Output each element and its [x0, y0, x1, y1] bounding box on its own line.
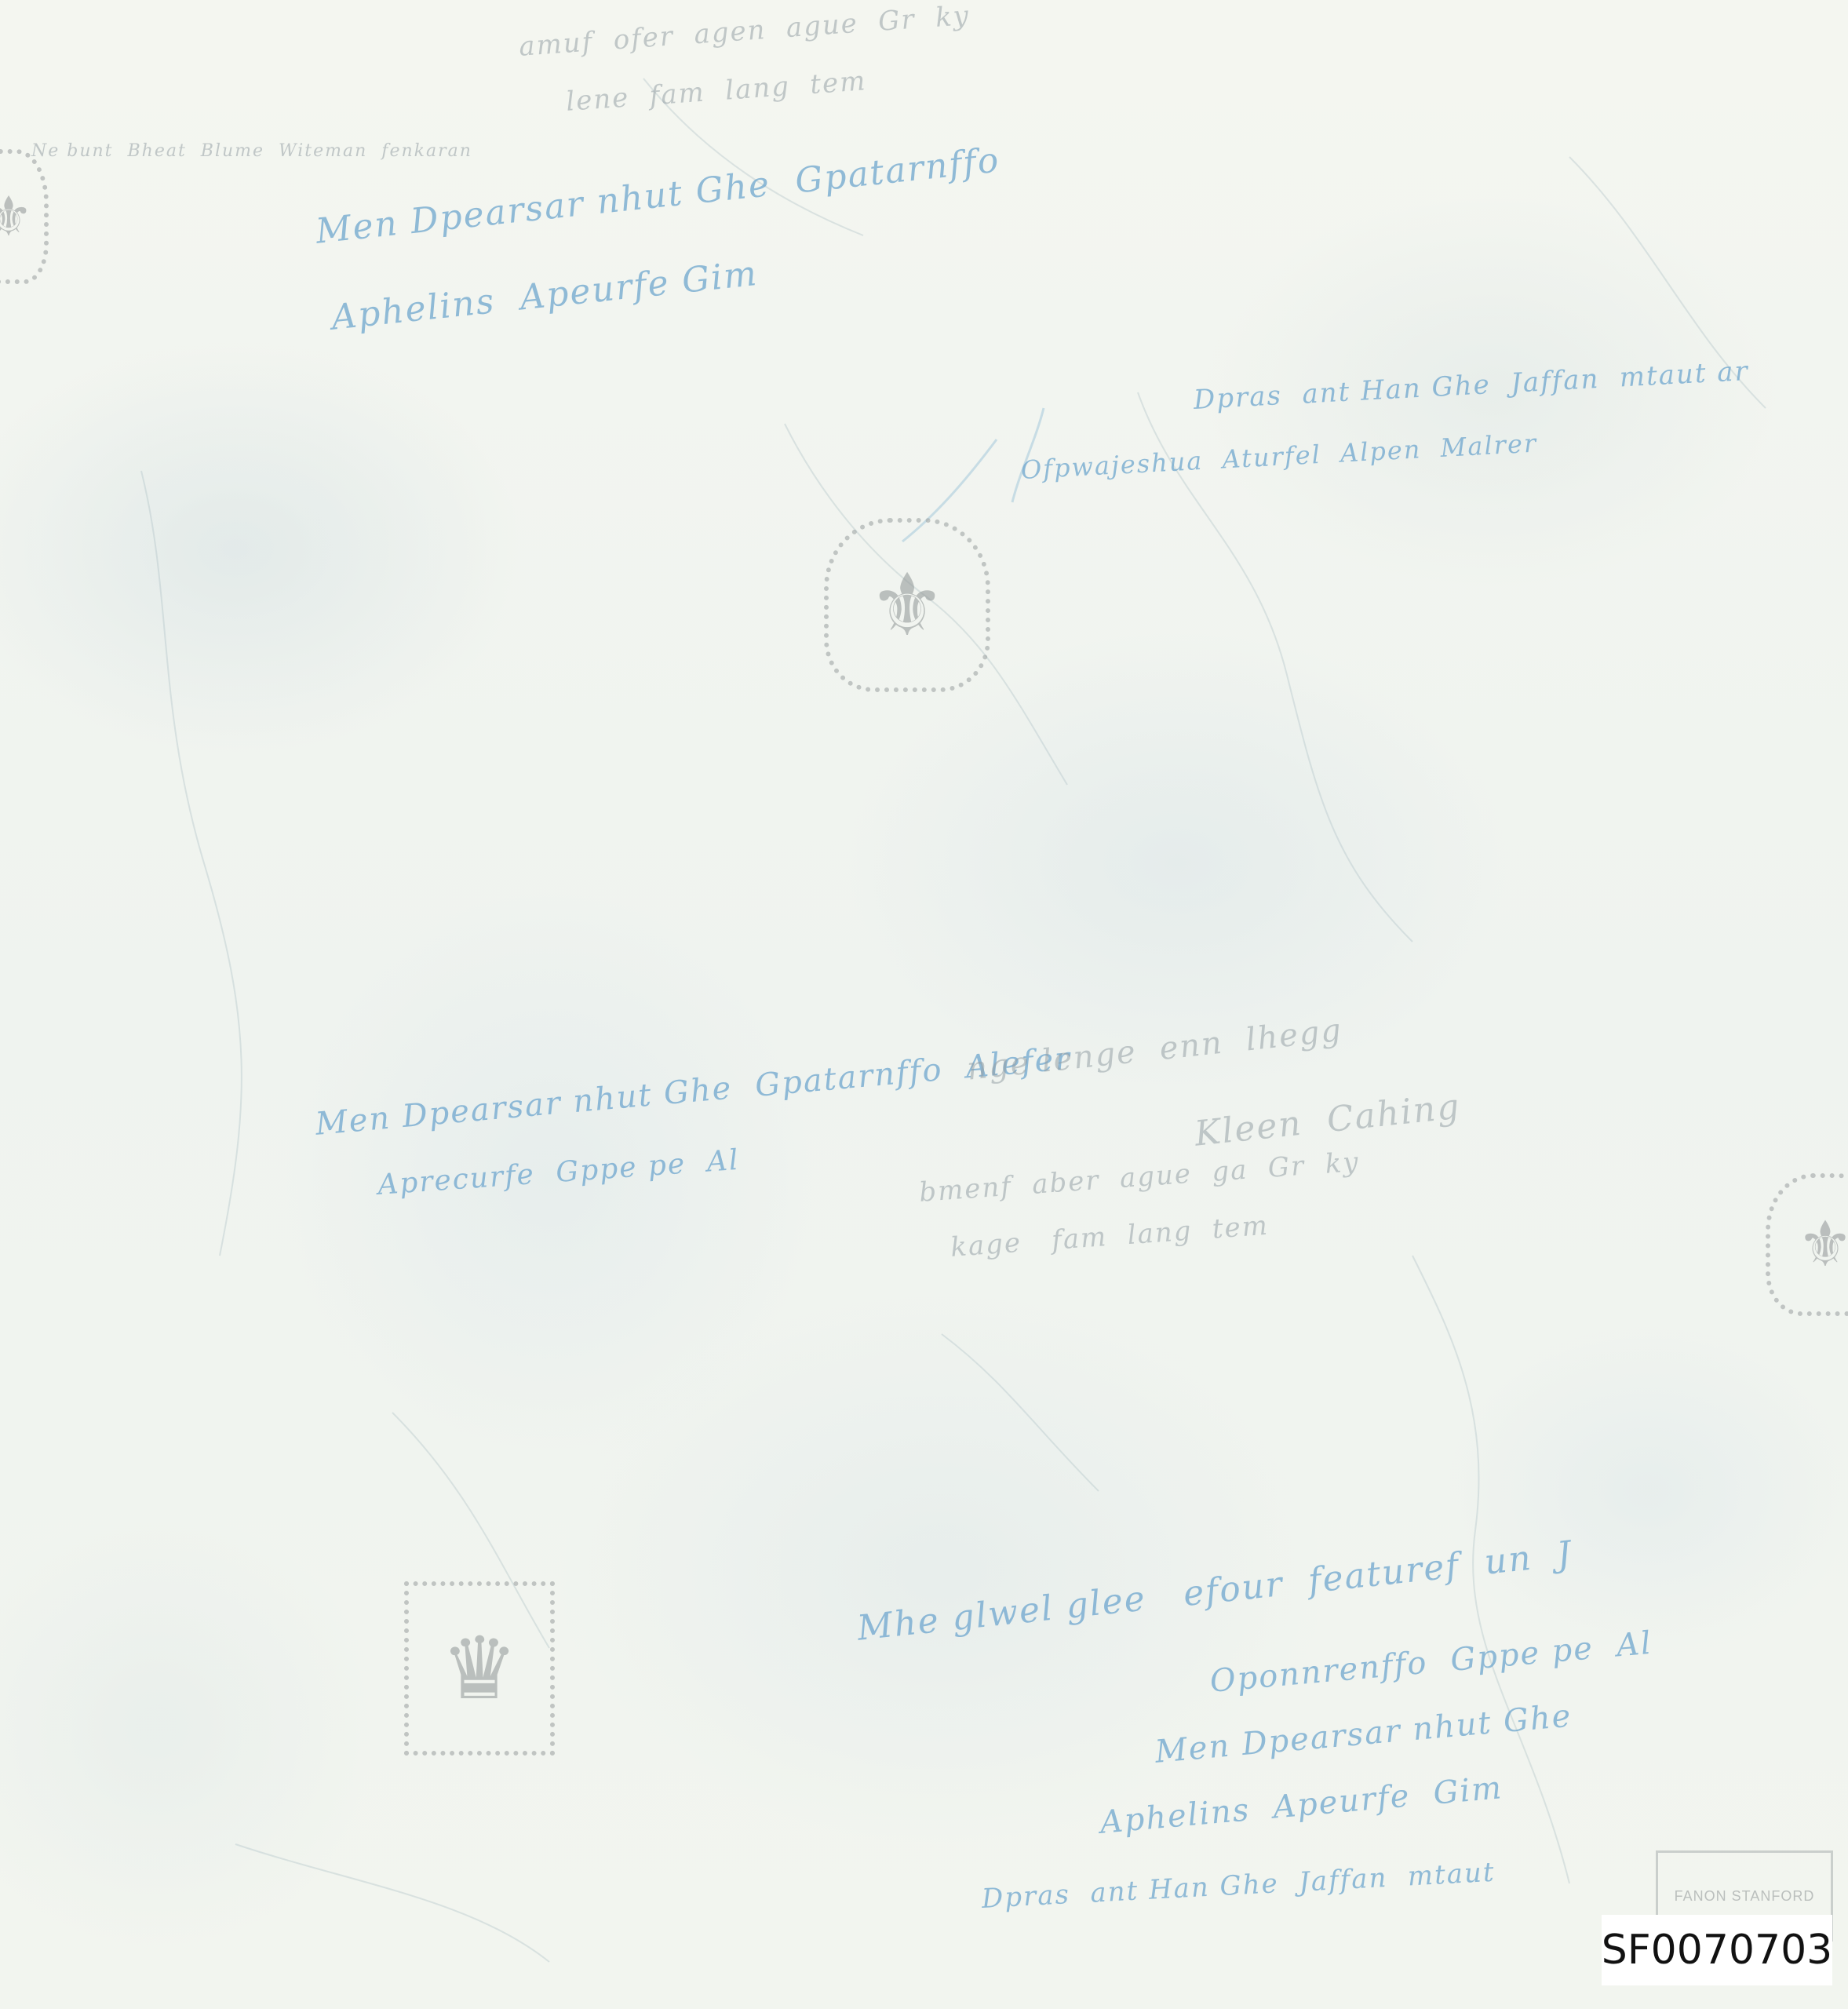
stamp-text: FANON STANFORD: [1675, 1888, 1815, 1905]
product-code: SF0070703: [1602, 1927, 1833, 1974]
script-text: Ne bunt Bheat Blume Witeman fenkaran: [31, 141, 472, 161]
left-edge-crest-icon: ⚜: [0, 149, 49, 284]
product-code-label: SF0070703: [1602, 1915, 1832, 1985]
coat-of-arms-crest-icon: ⚜: [824, 518, 990, 692]
right-edge-crest-icon: ⚜: [1766, 1173, 1848, 1316]
postage-stamp-emblem-icon: ♛: [404, 1581, 555, 1756]
